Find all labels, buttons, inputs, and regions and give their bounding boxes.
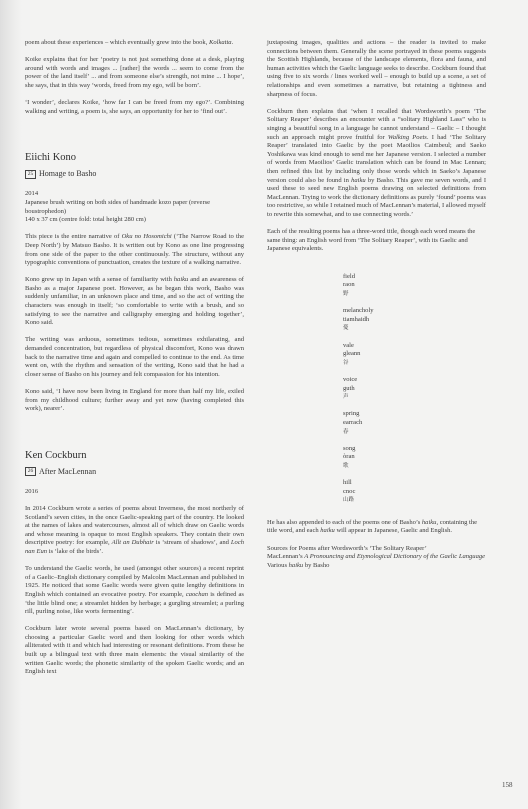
poem-title: hill cnoc 山路 — [343, 479, 486, 505]
source-line: Various haiku by Basho — [267, 562, 486, 571]
english-word: field — [343, 273, 486, 282]
work-title: 25 Homage to Basho — [25, 169, 244, 179]
japanese-word: 憂 — [343, 324, 486, 333]
body-paragraph: Cockburn later wrote several poems based… — [25, 625, 244, 677]
page-gutter-shadow — [0, 0, 22, 809]
gaelic-word: earrach — [343, 419, 486, 428]
work-metadata: 2014 Japanese brush writing on both side… — [25, 190, 244, 224]
body-paragraph: Kono grew up in Japan with a sense of fa… — [25, 276, 244, 328]
catalogue-number-badge: 26 — [25, 467, 36, 476]
body-paragraph: He has also appended to each of the poem… — [267, 519, 486, 536]
gaelic-word: guth — [343, 385, 486, 394]
japanese-word: 野 — [343, 290, 486, 299]
japanese-word: 声 — [343, 393, 486, 402]
gaelic-word: òran — [343, 453, 486, 462]
english-word: vale — [343, 342, 486, 351]
cockburn-section: Ken Cockburn 26 After MacLennan 2016 In … — [25, 450, 244, 677]
work-metadata: 2016 — [25, 488, 244, 497]
poem-title: melancholy tiamhaidh 憂 — [343, 307, 486, 333]
body-paragraph: Cockburn then explains that ‘when I reca… — [267, 108, 486, 220]
body-paragraph: Kono said, ‘I have now been living in En… — [25, 388, 244, 414]
gaelic-word: raon — [343, 281, 486, 290]
work-title-text: Homage to Basho — [39, 169, 96, 179]
kono-section: Eiichi Kono 25 Homage to Basho 2014 Japa… — [25, 152, 244, 413]
catalogue-number-badge: 25 — [25, 170, 36, 179]
body-paragraph: In 2014 Cockburn wrote a series of poems… — [25, 505, 244, 557]
poem-title: vale gleann 谷 — [343, 342, 486, 368]
body-paragraph: This piece is the entire narrative of Ok… — [25, 233, 244, 267]
author-heading: Eiichi Kono — [25, 152, 244, 164]
japanese-word: 春 — [343, 428, 486, 437]
koike-wonder-paragraph: ‘I wonder’, declares Koike, ‘how far I c… — [25, 99, 244, 116]
source-line: MacLennan’s A Pronouncing and Etymologic… — [267, 553, 486, 562]
koike-quote-paragraph: Koike explains that for her ‘poetry is n… — [25, 56, 244, 90]
sources-list: Sources for Poems after Wordsworth’s ‘Th… — [267, 545, 486, 571]
left-column: poem about these experiences – which eve… — [25, 39, 244, 685]
japanese-word: 谷 — [343, 359, 486, 368]
body-paragraph: The writing was arduous, sometimes tedio… — [25, 336, 244, 379]
author-heading: Ken Cockburn — [25, 450, 244, 462]
work-title: 26 After MacLennan — [25, 467, 244, 477]
work-year: 2016 — [25, 488, 244, 497]
english-word: hill — [343, 479, 486, 488]
work-medium: Japanese brush writing on both sides of … — [25, 199, 244, 216]
work-dimensions: 140 x 37 cm (centre fold: total height 2… — [25, 216, 244, 225]
japanese-word: 歌 — [343, 462, 486, 471]
right-column: juxtaposing images, qualities and action… — [267, 39, 486, 570]
poem-title: song òran 歌 — [343, 445, 486, 471]
english-word: song — [343, 445, 486, 454]
body-paragraph: Each of the resulting poems has a three-… — [267, 228, 486, 254]
poem-title-list: field raon 野 melancholy tiamhaidh 憂 vale… — [343, 273, 486, 505]
gaelic-word: tiamhaidh — [343, 316, 486, 325]
intro-paragraph: poem about these experiences – which eve… — [25, 39, 244, 48]
work-year: 2014 — [25, 190, 244, 199]
work-title-text: After MacLennan — [39, 467, 96, 477]
poem-title: spring earrach 春 — [343, 410, 486, 436]
body-paragraph: juxtaposing images, qualities and action… — [267, 39, 486, 99]
source-line: Sources for Poems after Wordsworth’s ‘Th… — [267, 545, 486, 554]
gaelic-word: gleann — [343, 350, 486, 359]
body-paragraph: To understand the Gaelic words, he used … — [25, 565, 244, 617]
english-word: voice — [343, 376, 486, 385]
gaelic-word: cnoc — [343, 488, 486, 497]
english-word: melancholy — [343, 307, 486, 316]
english-word: spring — [343, 410, 486, 419]
poem-title: voice guth 声 — [343, 376, 486, 402]
japanese-word: 山路 — [343, 496, 486, 505]
page-number: 158 — [502, 781, 513, 789]
poem-title: field raon 野 — [343, 273, 486, 299]
